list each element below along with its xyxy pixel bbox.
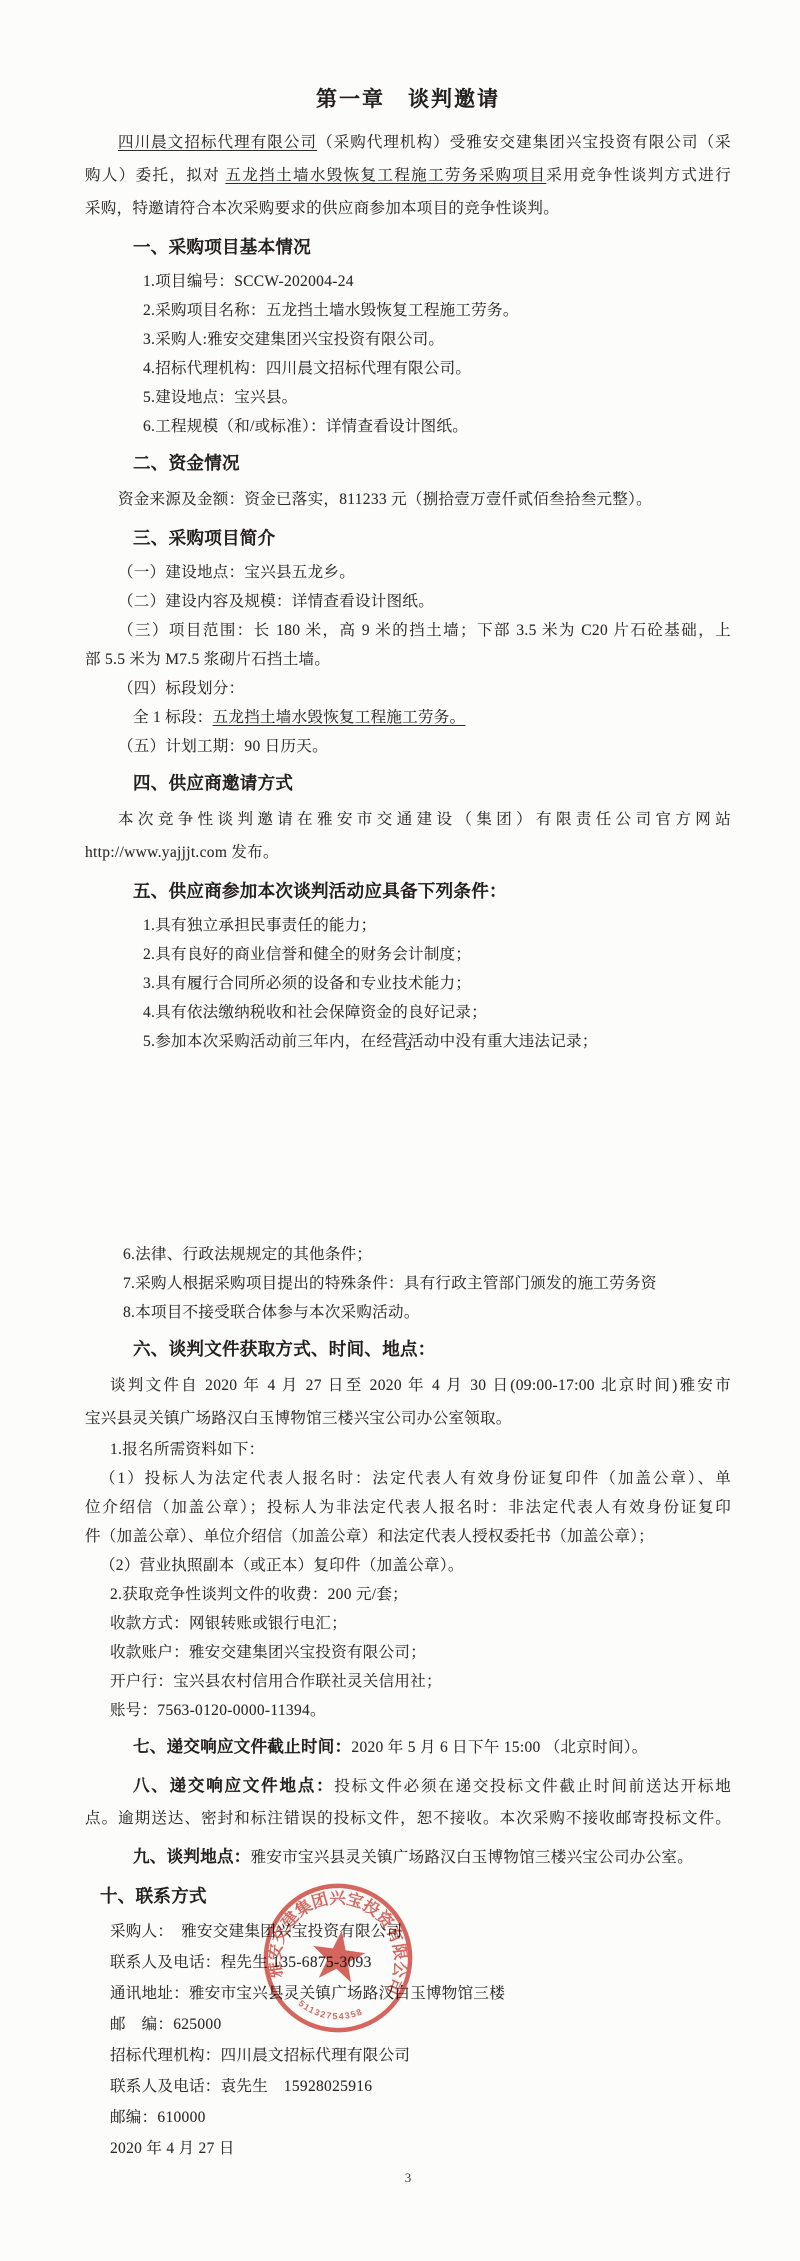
text-line: 位介绍信（加盖公章）；投标人为非法定代表人报名时：非法定代表人有效身份证复印: [85, 1493, 731, 1522]
body-text: （五）计划工期：90 日历天。: [118, 738, 328, 755]
text-line: 1.具有独立承担民事责任的能力；: [85, 911, 731, 940]
body-text: 6.工程规模（和/或标准）：详情查看设计图纸。: [143, 418, 468, 435]
text-line: 联系人及电话：袁先生 15928025916: [85, 2071, 731, 2102]
text-line: 2020 年 4 月 27 日: [85, 2133, 731, 2164]
registration-materials-heading: 1.报名所需资料如下：: [85, 1435, 731, 1464]
body-text: 收款方式：网银转账或银行电汇；: [110, 1615, 347, 1632]
heading-text: 九、谈判地点：: [133, 1848, 251, 1866]
body-text: 4.招标代理机构：四川晨文招标代理有限公司。: [143, 360, 471, 377]
registration-item-2: （2）营业执照副本（或正本）复印件（加盖公章）。: [85, 1551, 731, 1580]
body-text: 8.本项目不接受联合体参与本次采购活动。: [123, 1304, 420, 1321]
section-1-items: 1.项目编号：SCCW-202004-242.采购项目名称：五龙挡土墙水毁恢复工…: [85, 267, 731, 441]
page-1: 第一章 谈判邀请四川晨文招标代理有限公司（采购代理机构）受雅安交建集团兴宝投资有…: [85, 84, 731, 1056]
text-line: 一、采购项目基本情况: [85, 232, 731, 264]
fee-and-payment-lines: 2.获取竞争性谈判文件的收费：200 元/套；收款方式：网银转账或银行电汇；收款…: [85, 1580, 731, 1725]
text-line: 3.具有履行合同所必须的设备和专业技术能力；: [85, 969, 731, 998]
text-line: 2.具有良好的商业信誉和健全的财务会计制度；: [85, 940, 731, 969]
body-text: 2020 年 5 月 6 日下午 15:00 （北京时间）。: [351, 1739, 647, 1756]
body-text: 本次竞争性谈判邀请在雅安市交通建设（集团）有限责任公司官方网站: [118, 811, 731, 828]
text-line: （三）项目范围：长 180 米，高 9 米的挡土墙；下部 3.5 米为 C20 …: [85, 616, 731, 645]
body-text: 采用竞争性谈判方式进行: [546, 167, 731, 184]
registration-item-1: （1）投标人为法定代表人报名时：法定代表人有效身份证复印件（加盖公章）、单位介绍…: [85, 1464, 731, 1551]
heading-text: 五、供应商参加本次谈判活动应具备下列条件：: [133, 881, 507, 901]
heading-text: 八、递交响应文件地点：: [133, 1777, 334, 1795]
body-text: （一）建设地点：宝兴县五龙乡。: [118, 564, 355, 581]
body-text: （1）投标人为法定代表人报名时：法定代表人有效身份证复印件（加盖公章）、单: [100, 1470, 731, 1487]
section-7-heading: 七、递交响应文件截止时间：2020 年 5 月 6 日下午 15:00 （北京时…: [85, 1731, 731, 1764]
body-text: 2.具有良好的商业信誉和健全的财务会计制度；: [143, 946, 471, 963]
body-text: 谈判文件自 2020 年 4 月 27 日至 2020 年 4 月 30 日(0…: [110, 1377, 731, 1394]
body-text: 五龙挡土墙水毁恢复工程施工劳务采购项目: [225, 167, 546, 184]
text-line: 五、供应商参加本次谈判活动应具备下列条件：: [85, 876, 731, 908]
body-text: 投标文件必须在递交投标文件截止时间前送达开标地: [334, 1778, 731, 1795]
heading-text: 十、联系方式: [100, 1886, 207, 1906]
text-line: 开户行：宝兴县农村信用合作联社灵关信用社；: [85, 1667, 731, 1696]
text-line: 4.具有依法缴纳税收和社会保障资金的良好记录；: [85, 998, 731, 1027]
text-line: 购人）委托，拟对 五龙挡土墙水毁恢复工程施工劳务采购项目采用竞争性谈判方式进行: [85, 159, 731, 192]
body-text: 1.报名所需资料如下：: [110, 1441, 264, 1458]
body-text: （采购代理机构）受雅安交建集团兴宝投资有限公司（采: [317, 134, 731, 151]
body-text: 购人）委托，拟对: [85, 167, 225, 184]
section-6-heading: 六、谈判文件获取方式、时间、地点：: [85, 1334, 731, 1366]
text-line: （二）建设内容及规模：详情查看设计图纸。: [85, 587, 731, 616]
text-line: 九、谈判地点：雅安市宝兴县灵关镇广场路汉白玉博物馆三楼兴宝公司办公室。: [85, 1841, 731, 1874]
section-5-heading: 五、供应商参加本次谈判活动应具备下列条件：: [85, 876, 731, 908]
body-text: 开户行：宝兴县农村信用合作联社灵关信用社；: [110, 1673, 442, 1690]
body-text: （2）营业执照副本（或正本）复印件（加盖公章）。: [100, 1557, 464, 1574]
text-line: 宝兴县灵关镇广场路汉白玉博物馆三楼兴宝公司办公室领取。: [85, 1402, 731, 1435]
text-line: 2.获取竞争性谈判文件的收费：200 元/套；: [85, 1580, 731, 1609]
text-line: 6.法律、行政法规规定的其他条件；: [85, 1240, 731, 1269]
section-5-items-continued: 6.法律、行政法规规定的其他条件；7.采购人根据采购项目提出的特殊条件：具有行政…: [85, 1240, 731, 1327]
text-line: 4.招标代理机构：四川晨文招标代理有限公司。: [85, 354, 731, 383]
text-line: 8.本项目不接受联合体参与本次采购活动。: [85, 1298, 731, 1327]
page-number: 3: [85, 2170, 731, 2186]
heading-text: 二、资金情况: [133, 453, 240, 473]
section-5-items: 1.具有独立承担民事责任的能力；2.具有良好的商业信誉和健全的财务会计制度；3.…: [85, 911, 731, 1056]
text-line: 四、供应商邀请方式: [85, 768, 731, 800]
text-line: （五）计划工期：90 日历天。: [85, 732, 731, 761]
text-line: 谈判文件自 2020 年 4 月 27 日至 2020 年 4 月 30 日(0…: [85, 1369, 731, 1402]
heading-text: 三、采购项目简介: [133, 528, 275, 548]
text-line: 1.项目编号：SCCW-202004-24: [85, 267, 731, 296]
section-3-heading: 三、采购项目简介: [85, 523, 731, 555]
chapter-title: 第一章 谈判邀请: [85, 84, 731, 118]
body-text: 邮编：610000: [110, 2109, 206, 2126]
body-text: 件（加盖公章）、单位介绍信（加盖公章）和法定代表人授权委托书（加盖公章）；: [85, 1528, 654, 1545]
body-text: 雅安市宝兴县灵关镇广场路汉白玉博物馆三楼兴宝公司办公室。: [251, 1849, 693, 1866]
star-icon: [309, 1927, 368, 1984]
text-line: 收款账户：雅安交建集团兴宝投资有限公司；: [85, 1638, 731, 1667]
body-text: （二）建设内容及规模：详情查看设计图纸。: [118, 593, 434, 610]
heading-text: 第一章 谈判邀请: [316, 88, 500, 111]
text-line: 四川晨文招标代理有限公司（采购代理机构）受雅安交建集团兴宝投资有限公司（采: [85, 126, 731, 159]
company-seal: 雅安交建集团兴宝投资有限公司 51132754358: [259, 1879, 417, 2037]
text-line: 1.报名所需资料如下：: [85, 1435, 731, 1464]
section-2-heading: 二、资金情况: [85, 448, 731, 480]
text-line: （2）营业执照副本（或正本）复印件（加盖公章）。: [85, 1551, 731, 1580]
body-text: 收款账户：雅安交建集团兴宝投资有限公司；: [110, 1644, 426, 1661]
text-line: 本次竞争性谈判邀请在雅安市交通建设（集团）有限责任公司官方网站: [85, 803, 731, 836]
body-text: 邮 编：625000: [110, 2016, 222, 2033]
body-text: 3.采购人:雅安交建集团兴宝投资有限公司。: [143, 331, 444, 348]
heading-text: 四、供应商邀请方式: [133, 773, 293, 793]
text-line: 第一章 谈判邀请: [85, 84, 731, 118]
document-scan: 第一章 谈判邀请四川晨文招标代理有限公司（采购代理机构）受雅安交建集团兴宝投资有…: [0, 0, 800, 2261]
page-number: 2: [85, 1038, 731, 1054]
body-text: 位介绍信（加盖公章）；投标人为非法定代表人报名时：非法定代表人有效身份证复印: [85, 1499, 731, 1516]
section-8-heading: 八、递交响应文件地点：投标文件必须在递交投标文件截止时间前送达开标地点。逾期送达…: [85, 1770, 731, 1835]
section-4-heading: 四、供应商邀请方式: [85, 768, 731, 800]
body-text: （三）项目范围：长 180 米，高 9 米的挡土墙；下部 3.5 米为 C20 …: [118, 622, 731, 639]
body-text: 部 5.5 米为 M7.5 浆砌片石挡土墙。: [85, 651, 330, 668]
body-text: 1.项目编号：SCCW-202004-24: [143, 273, 354, 290]
body-text: 全 1 标段：: [133, 709, 213, 726]
text-line: 件（加盖公章）、单位介绍信（加盖公章）和法定代表人授权委托书（加盖公章）；: [85, 1522, 731, 1551]
body-text: 6.法律、行政法规规定的其他条件；: [123, 1246, 372, 1263]
body-text: 四川晨文招标代理有限公司: [118, 134, 317, 151]
body-text: 1.具有独立承担民事责任的能力；: [143, 917, 376, 934]
body-text: 招标代理机构：四川晨文招标代理有限公司: [110, 2047, 410, 2064]
document-collection-paragraph: 谈判文件自 2020 年 4 月 27 日至 2020 年 4 月 30 日(0…: [85, 1369, 731, 1435]
body-text: 宝兴县灵关镇广场路汉白玉博物馆三楼兴宝公司办公室领取。: [85, 1410, 512, 1427]
text-line: 3.采购人:雅安交建集团兴宝投资有限公司。: [85, 325, 731, 354]
text-line: 部 5.5 米为 M7.5 浆砌片石挡土墙。: [85, 645, 731, 674]
text-line: 点。逾期送达、密封和标注错误的投标文件，恕不接收。本次采购不接收邮寄投标文件。: [85, 1803, 731, 1835]
body-text: 联系人及电话：袁先生 15928025916: [110, 2078, 372, 2095]
section-3-items: （一）建设地点：宝兴县五龙乡。（二）建设内容及规模：详情查看设计图纸。（三）项目…: [85, 558, 731, 761]
body-text: 采购，特邀请符合本次采购要求的供应商参加本项目的竞争性谈判。: [85, 200, 559, 217]
body-text: 点。逾期送达、密封和标注错误的投标文件，恕不接收。本次采购不接收邮寄投标文件。: [85, 1810, 731, 1827]
text-line: 六、谈判文件获取方式、时间、地点：: [85, 1334, 731, 1366]
funding-paragraph: 资金来源及金额：资金已落实，811233 元（捌拾壹万壹仟贰佰叁拾叁元整）。: [85, 483, 731, 516]
text-line: 6.工程规模（和/或标准）：详情查看设计图纸。: [85, 412, 731, 441]
heading-text: 一、采购项目基本情况: [133, 237, 311, 257]
text-line: 二、资金情况: [85, 448, 731, 480]
body-text: 5.建设地点：宝兴县。: [143, 389, 297, 406]
section-1-heading: 一、采购项目基本情况: [85, 232, 731, 264]
text-line: （一）建设地点：宝兴县五龙乡。: [85, 558, 731, 587]
body-text: 2.采购项目名称：五龙挡土墙水毁恢复工程施工劳务。: [143, 302, 519, 319]
text-line: 5.建设地点：宝兴县。: [85, 383, 731, 412]
body-text: （四）标段划分：: [118, 680, 244, 697]
text-line: 八、递交响应文件地点：投标文件必须在递交投标文件截止时间前送达开标地: [85, 1770, 731, 1803]
body-text: 五龙挡土墙水毁恢复工程施工劳务。: [213, 709, 466, 726]
text-line: 全 1 标段：五龙挡土墙水毁恢复工程施工劳务。: [85, 703, 731, 732]
body-text: 2.获取竞争性谈判文件的收费：200 元/套；: [110, 1586, 408, 1603]
text-line: （四）标段划分：: [85, 674, 731, 703]
text-line: （1）投标人为法定代表人报名时：法定代表人有效身份证复印件（加盖公章）、单: [85, 1464, 731, 1493]
text-line: 账号：7563-0120-0000-11394。: [85, 1696, 731, 1725]
body-text: 3.具有履行合同所必须的设备和专业技术能力；: [143, 975, 471, 992]
text-line: 招标代理机构：四川晨文招标代理有限公司: [85, 2040, 731, 2071]
text-line: 采购，特邀请符合本次采购要求的供应商参加本项目的竞争性谈判。: [85, 192, 731, 225]
text-line: http://www.yajjjt.com 发布。: [85, 836, 731, 869]
text-line: 七、递交响应文件截止时间：2020 年 5 月 6 日下午 15:00 （北京时…: [85, 1731, 731, 1764]
text-line: 三、采购项目简介: [85, 523, 731, 555]
heading-text: 六、谈判文件获取方式、时间、地点：: [133, 1339, 436, 1359]
body-text: 2020 年 4 月 27 日: [110, 2140, 235, 2157]
text-line: 7.采购人根据采购项目提出的特殊条件：具有行政主管部门颁发的施工劳务资: [85, 1269, 731, 1298]
text-line: 资金来源及金额：资金已落实，811233 元（捌拾壹万壹仟贰佰叁拾叁元整）。: [85, 483, 731, 516]
body-text: 资金来源及金额：资金已落实，811233 元（捌拾壹万壹仟贰佰叁拾叁元整）。: [118, 491, 652, 508]
section-9-heading: 九、谈判地点：雅安市宝兴县灵关镇广场路汉白玉博物馆三楼兴宝公司办公室。: [85, 1841, 731, 1874]
invitation-paragraph: 本次竞争性谈判邀请在雅安市交通建设（集团）有限责任公司官方网站http://ww…: [85, 803, 731, 869]
heading-text: 七、递交响应文件截止时间：: [133, 1738, 351, 1756]
body-text: 4.具有依法缴纳税收和社会保障资金的良好记录；: [143, 1004, 487, 1021]
body-text: http://www.yajjjt.com 发布。: [85, 844, 279, 861]
text-line: 收款方式：网银转账或银行电汇；: [85, 1609, 731, 1638]
body-text: 账号：7563-0120-0000-11394。: [110, 1702, 326, 1719]
text-line: 邮编：610000: [85, 2102, 731, 2133]
intro-paragraph: 四川晨文招标代理有限公司（采购代理机构）受雅安交建集团兴宝投资有限公司（采购人）…: [85, 126, 731, 225]
body-text: 7.采购人根据采购项目提出的特殊条件：具有行政主管部门颁发的施工劳务资: [123, 1275, 657, 1292]
text-line: 2.采购项目名称：五龙挡土墙水毁恢复工程施工劳务。: [85, 296, 731, 325]
